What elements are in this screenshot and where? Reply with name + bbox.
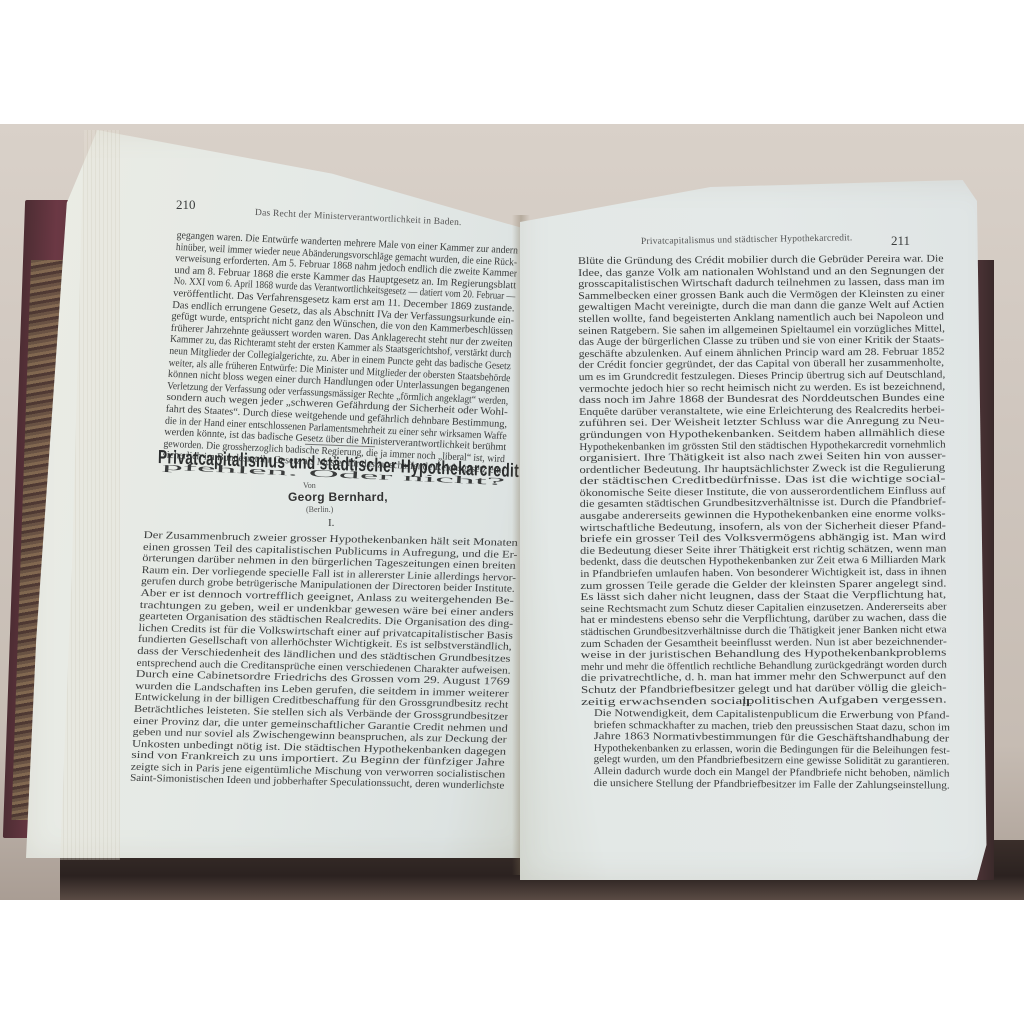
author-place: (Berlin.) [306,505,333,514]
right-page-body: Blüte die Gründung des Crédit mobilier d… [578,253,947,708]
left-page-number: 210 [176,197,196,213]
left-page-article-body: Der Zusammenbruch zweier grosser Hypothe… [130,530,518,793]
byline-von: Von [303,481,316,490]
right-page-number: 211 [891,233,910,249]
text-line: die unsichere Stellung der Pfandbriefbes… [593,778,949,792]
right-page-section-2-body: Die Notwendigkeit, dem Capitalistenpubli… [593,708,950,792]
author-name: Georg Bernhard, [288,490,388,504]
section-number-2: II. [742,697,752,709]
section-number-1: I. [328,517,334,529]
